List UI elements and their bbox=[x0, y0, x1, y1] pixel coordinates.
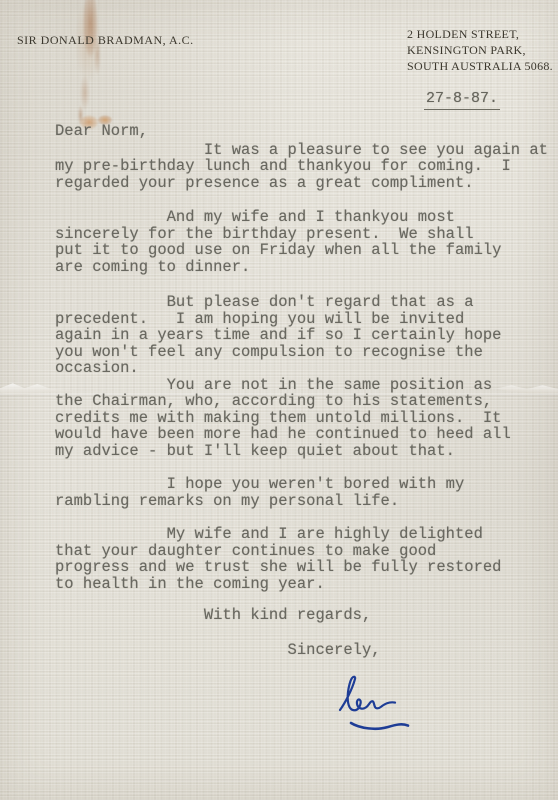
typed-line: again in a years time and if so I certai… bbox=[55, 327, 535, 344]
letter-body: Dear Norm, It was a pleasure to see you … bbox=[55, 123, 535, 658]
letterhead-sender-name: SIR DONALD BRADMAN, A.C. bbox=[17, 33, 194, 48]
typed-line: precedent. I am hoping you will be invit… bbox=[55, 311, 535, 328]
typed-line: But please don't regard that as a bbox=[55, 294, 535, 311]
typed-line: occasion. bbox=[55, 360, 535, 377]
typed-line: you won't feel any compulsion to recogni… bbox=[55, 344, 535, 361]
typed-line: With kind regards, bbox=[55, 607, 535, 624]
typed-line: credits me with making them untold milli… bbox=[55, 410, 535, 427]
typed-line: I hope you weren't bored with my bbox=[55, 476, 535, 493]
typed-line: that your daughter continues to make goo… bbox=[55, 543, 535, 560]
typed-line: My wife and I are highly delighted bbox=[55, 526, 535, 543]
salutation: Dear Norm, bbox=[55, 123, 535, 140]
typed-line: my pre-birthday lunch and thankyou for c… bbox=[55, 158, 535, 175]
address-line-street: 2 HOLDEN STREET, bbox=[407, 26, 553, 42]
typed-line: You are not in the same position as bbox=[55, 377, 535, 394]
closing-sincerely: Sincerely, bbox=[55, 642, 535, 659]
typed-line: Sincerely, bbox=[55, 642, 535, 659]
address-line-suburb: KENSINGTON PARK, bbox=[407, 42, 553, 58]
paragraph-6: My wife and I are highly delightedthat y… bbox=[55, 526, 535, 592]
closing-regards: With kind regards, bbox=[55, 607, 535, 624]
typed-line: It was a pleasure to see you again at bbox=[55, 142, 535, 159]
letter-date: 27-8-87. bbox=[424, 90, 500, 110]
signature-handwriting bbox=[324, 670, 428, 734]
typed-line: And my wife and I thankyou most bbox=[55, 209, 535, 226]
paragraph-1: It was a pleasure to see you again atmy … bbox=[55, 142, 535, 192]
letterhead-address: 2 HOLDEN STREET, KENSINGTON PARK, SOUTH … bbox=[407, 26, 553, 74]
typed-line: would have been more had he continued to… bbox=[55, 426, 535, 443]
typed-line: progress and we trust she will be fully … bbox=[55, 559, 535, 576]
typed-line: my advice - but I'll keep quiet about th… bbox=[55, 443, 535, 460]
paragraph-4: You are not in the same position asthe C… bbox=[55, 377, 535, 460]
paragraph-5: I hope you weren't bored with myrambling… bbox=[55, 476, 535, 509]
typed-line: are coming to dinner. bbox=[55, 259, 535, 276]
typed-line: put it to good use on Friday when all th… bbox=[55, 242, 535, 259]
signature-icon bbox=[324, 670, 428, 734]
typed-line: the Chairman, who, according to his stat… bbox=[55, 393, 535, 410]
address-line-state: SOUTH AUSTRALIA 5068. bbox=[407, 58, 553, 74]
paragraph-3: But please don't regard that as aprecede… bbox=[55, 294, 535, 377]
typed-line: sincerely for the birthday present. We s… bbox=[55, 226, 535, 243]
letter-page: SIR DONALD BRADMAN, A.C. 2 HOLDEN STREET… bbox=[0, 0, 558, 800]
typed-line: rambling remarks on my personal life. bbox=[55, 493, 535, 510]
typed-line: regarded your presence as a great compli… bbox=[55, 175, 535, 192]
typed-line: to health in the coming year. bbox=[55, 576, 535, 593]
paragraph-2: And my wife and I thankyou mostsincerely… bbox=[55, 209, 535, 275]
